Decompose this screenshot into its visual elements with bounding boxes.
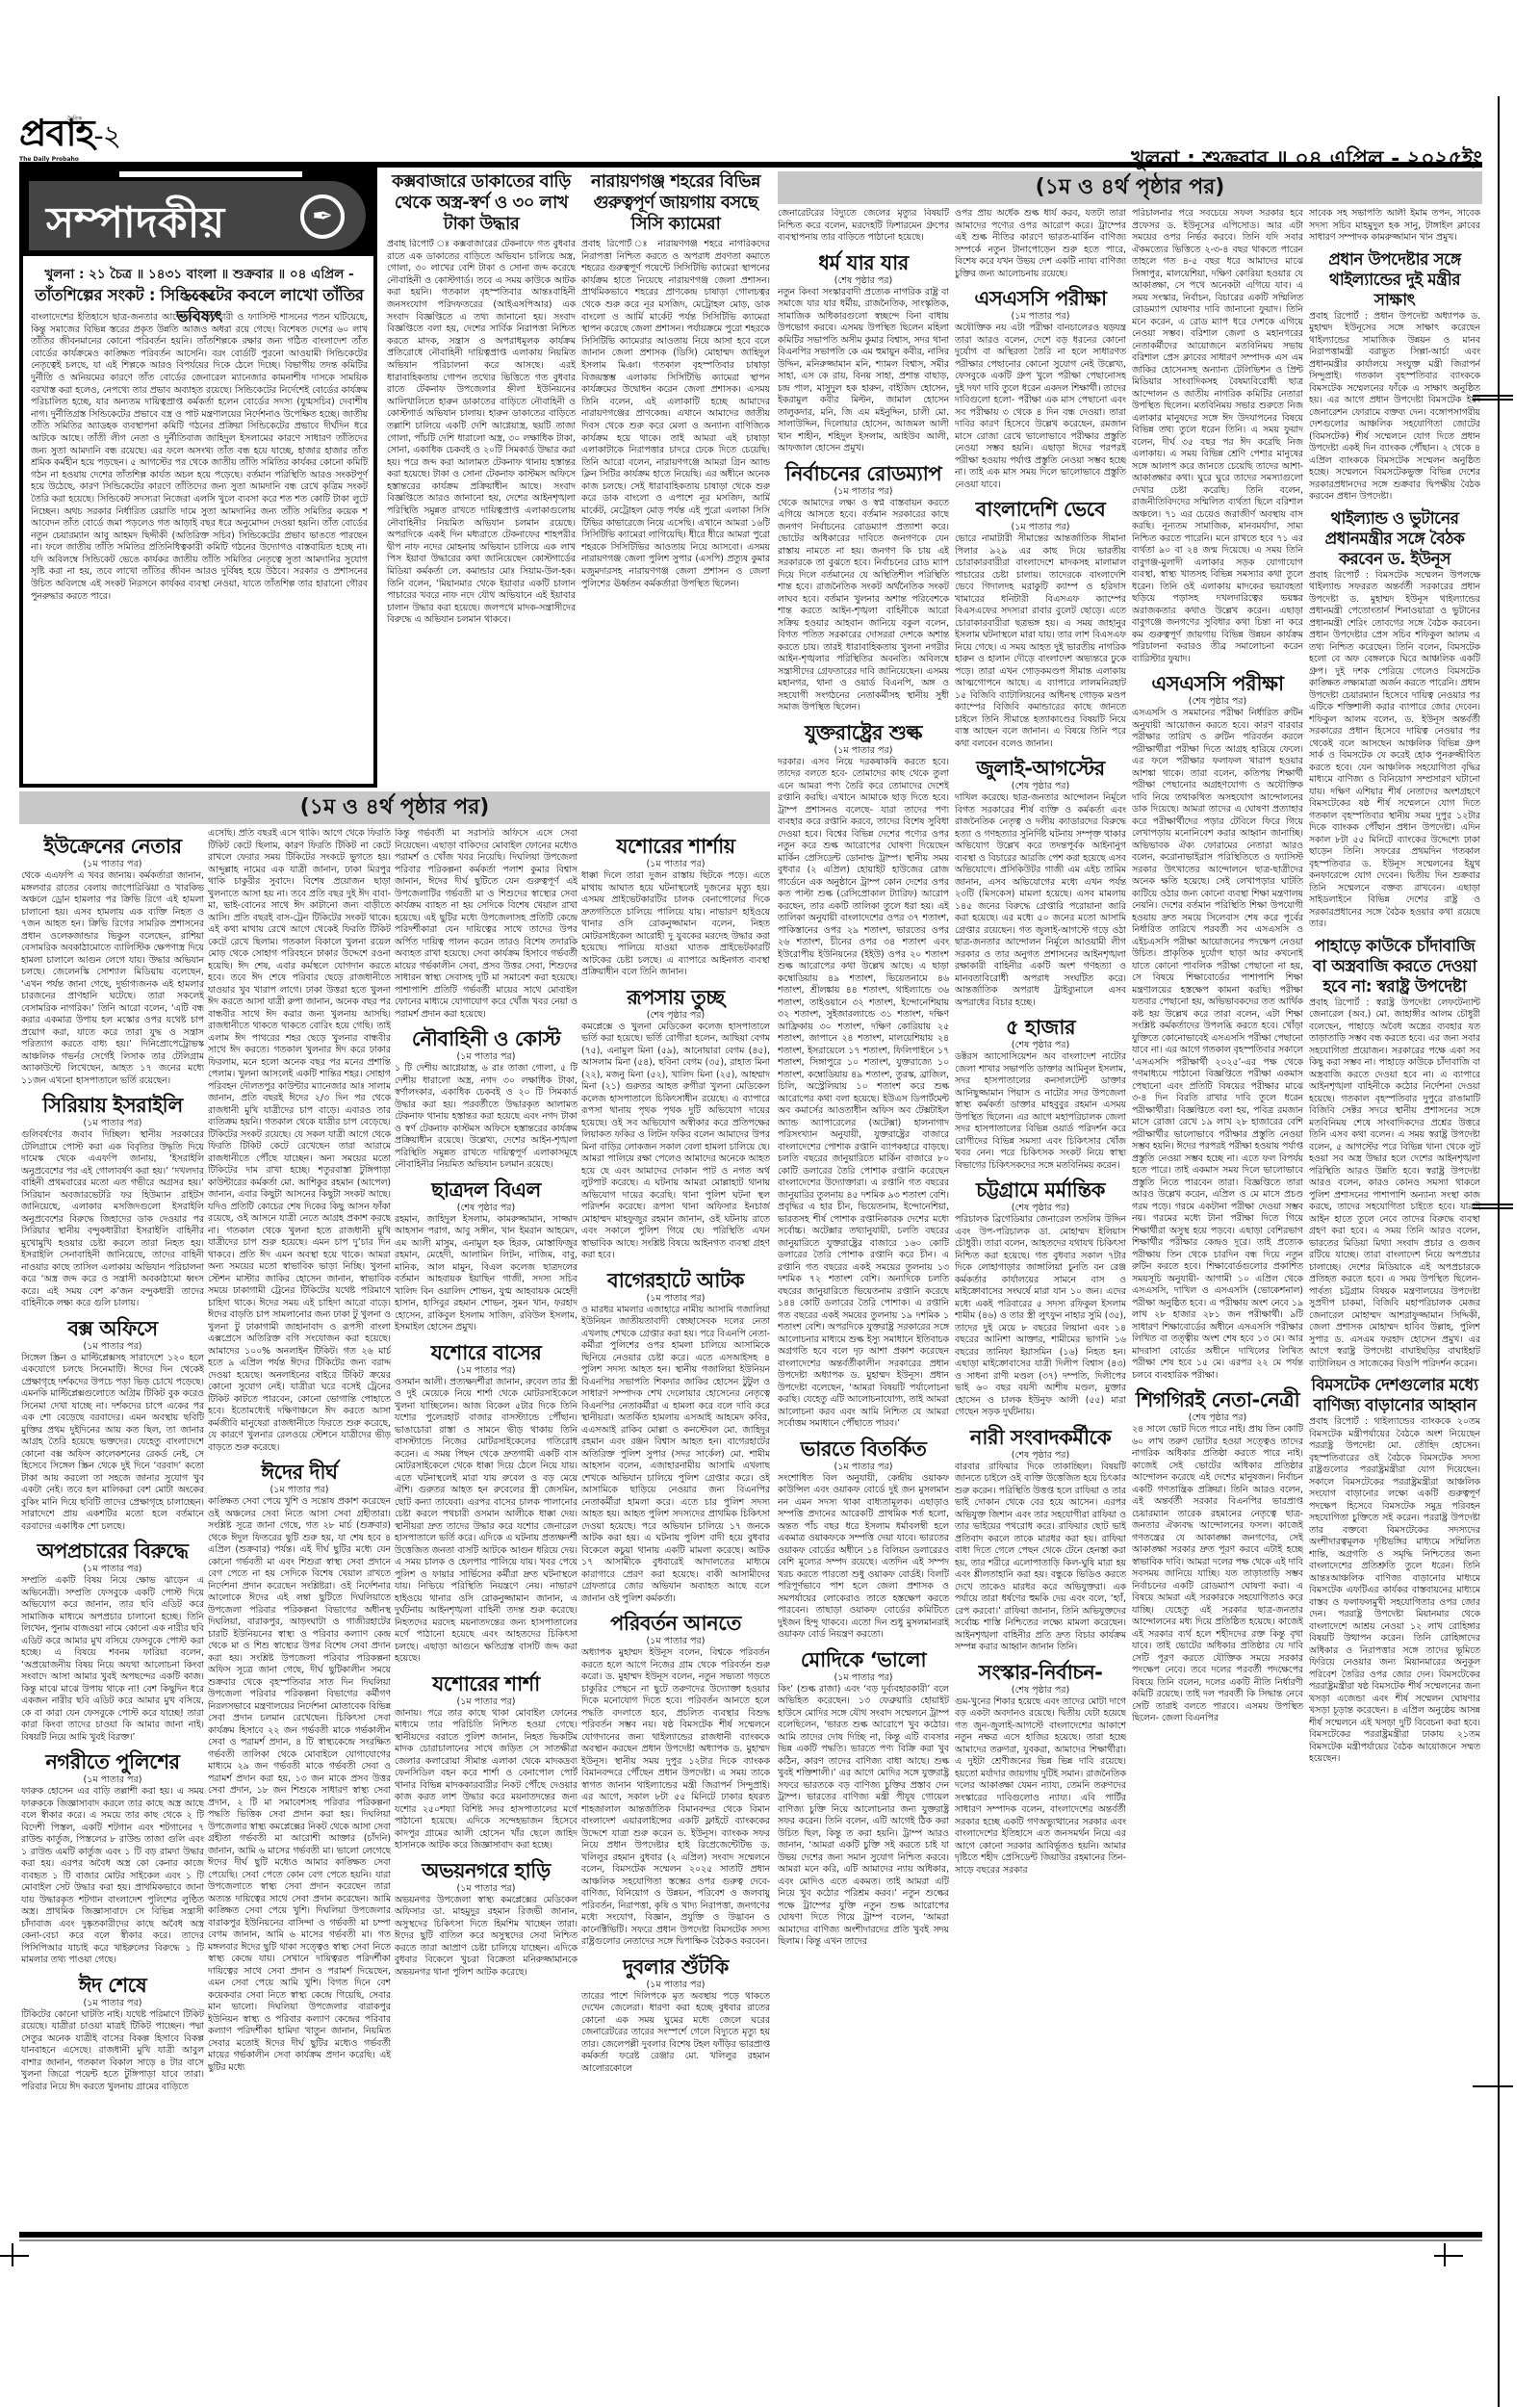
continuation-note: (শেষ পৃষ্ঠার পর) xyxy=(955,781,1126,792)
continuation-note: (১ম পাতার পর) xyxy=(395,1696,577,1708)
story-headline: ইউক্রেনের নেতার xyxy=(21,834,204,859)
pen-nib-icon: ✒ xyxy=(300,194,345,239)
story-body: প্রবাহ রিপোর্ট ঃ কক্সবাজারের টেকনাফে গত … xyxy=(387,239,576,807)
column-text: ১ টি দেশীয় আগ্নেয়াস্ত্র, ৬ রাঃ তাজা গো… xyxy=(395,1063,577,1172)
story-headline: নির্বাচনের রোডম্যাপ xyxy=(778,461,949,486)
column-text: সম্প্রতি একটি বিষয় নিয়ে ক্ষোভ ঝাড়েন এ… xyxy=(21,1575,204,1744)
column-text: রহমান, জাহিদুল ইসলাম, কামরুজ্জামান, সাজ্… xyxy=(395,1214,577,1334)
continuation-note: (১ম পাতার পর) xyxy=(581,1636,770,1647)
editorial-header: সম্পাদকীয় ✒ xyxy=(23,171,373,256)
header-strip xyxy=(119,171,302,177)
top-story: নারায়ণগঞ্জ শহরের বিভিন্ন গুরুত্বপূর্ণ জ… xyxy=(581,171,770,807)
continuation-note: (১ম পাতার পর) xyxy=(778,486,949,498)
story-headline: যশোরের শার্শা xyxy=(395,1671,577,1696)
story-headline: নারী সংবাদকর্মীকে xyxy=(955,1425,1126,1450)
story-headline: পাহাড়ে কাউকে চাঁদাবাজি বা অস্ত্রবাজি কর… xyxy=(1309,937,1480,997)
continuation-note: (১ম পাতার পর) xyxy=(778,1462,949,1473)
column-text: ভোরে নামাটারী সীমান্তের আন্তর্জাতিক সীমা… xyxy=(955,533,1126,750)
story-headline: চট্টগ্রামে মর্মান্তিক xyxy=(955,1178,1126,1203)
column-text: দাখিল করেছে। ছাত্র-জনতার আন্দোলন নির্মূল… xyxy=(955,792,1126,1009)
story-headline: নারায়ণগঞ্জ শহরের বিভিন্ন গুরুত্বপূর্ণ জ… xyxy=(581,171,770,235)
news-column: ওপর প্রায় অর্ধেক শুল্ক ধার্য করব, যতটা … xyxy=(955,208,1126,2228)
continuation-note: (১ম পাতার পর) xyxy=(581,1980,770,1991)
continuation-note: (১ম পাতার পর) xyxy=(21,1998,204,2009)
bottom-rule xyxy=(19,2232,1482,2238)
column-text: এসেছি। প্রতি বছরই এসে থাকি। আগে থেকে ফির… xyxy=(208,828,391,1454)
story-headline: বিমসটেক দেশগুলোর মধ্যে বাণিজ্য বাড়ানোর … xyxy=(1309,1376,1480,1416)
newspaper-logo: প্রবাহ-২ xyxy=(19,114,308,156)
continuation-note: (শেষ পৃষ্ঠার পর) xyxy=(395,1203,577,1214)
story-headline: এসএসসি পরীক্ষা xyxy=(955,286,1126,311)
continuation-note: (১ম পাতার পর) xyxy=(395,1883,577,1895)
continuation-band: (১ম ও ৪র্থ পৃষ্ঠার পর) xyxy=(19,791,770,824)
right-margin-rule xyxy=(1498,96,1500,2407)
story-headline: রূপসায় তুচ্ছ xyxy=(581,985,770,1010)
continuation-note: (১ম পাতার পর) xyxy=(955,522,1126,533)
continuation-note: (১ম পাতার পর) xyxy=(955,311,1126,323)
column-text: ও মারধর মামলার এজাহারে নামীয় আসামি গজাল… xyxy=(581,1305,770,1606)
column-text: অধ্যাপক মুহাম্মদ ইউনূস বলেন, বিশ্বকে পরি… xyxy=(581,1647,770,1949)
column-text: এসএসসি ও সমমানের পরীক্ষা নির্ধারিত রুটিন… xyxy=(1132,708,1303,1382)
column-text: থেকে এএফপি এ খবর জানায়। কর্মকর্তারা জান… xyxy=(21,870,204,1087)
story-headline: অপপ্রচারের বিরুদ্ধে xyxy=(21,1539,204,1564)
column-text: কিন্তু গর্ভবর্তী মা সরাসরি অফিসে এসে সেব… xyxy=(395,828,577,1021)
column-text: জানায়। পরে তার কাছে থাকা মোবাইল ফোনের ম… xyxy=(395,1708,577,1852)
column-text: দরকার। এসব নিয়ে দরকষাকষি করতে হবে। তাদে… xyxy=(778,757,949,1431)
news-column: ইউক্রেনের নেতার (১ম পাতার পর) থেকে এএফপি… xyxy=(21,828,204,2228)
story-headline: ঈদের দীর্ঘ xyxy=(208,1460,391,1485)
column-text: ২৪ সালে ভোট দিতে পারে নাই। প্রায় তিন কো… xyxy=(1132,1424,1303,1725)
continuation-note: (শেষ পৃষ্ঠার পর) xyxy=(955,1450,1126,1462)
crop-mark xyxy=(1444,2243,1446,2266)
column-text: প্রবাহ রিপোর্ট : থাইল্যান্ডের ব্যাংককে ২… xyxy=(1309,1416,1480,1766)
story-headline: বাংলাদেশি ভেবে xyxy=(955,497,1126,522)
continuation-note: (১ম পাতার পর) xyxy=(778,1672,949,1684)
column-text: কিং’ (শুল্ক রাজা) এবং ‘বড় দুর্ব্যবহারকা… xyxy=(778,1684,949,1949)
continuation-note: (১ম পাতার পর) xyxy=(778,745,949,757)
story-headline: ধর্ম যার যার xyxy=(778,250,949,275)
column-text: গুলিবর্ষণের জবাব দিচ্ছিল। স্থানীয় সরকার… xyxy=(21,1129,204,1310)
story-headline: যশোরের শার্শায় xyxy=(581,834,770,859)
story-headline: কক্সবাজারে ডাকাতের বাড়ি থেকে অস্ত্র-স্ব… xyxy=(387,171,576,235)
continuation-note: (শেষ পৃষ্ঠার পর) xyxy=(955,1040,1126,1051)
story-headline: নৌবাহিনী ও কোস্ট xyxy=(395,1026,577,1051)
column-text: ওসমান আলী। প্রত্যক্ষদর্শীরা জানান, রুবেল… xyxy=(395,1377,577,1666)
column-text: ধাক্কা দিলে তারা দুজন রাস্তায় ছিটকে পড়… xyxy=(581,870,770,979)
story-headline: নগরীতে পুলিশের xyxy=(21,1749,204,1774)
continuation-note: (শেষ পৃষ্ঠার পর) xyxy=(955,1203,1126,1214)
continuation-note: (শেষ পৃষ্ঠার পর) xyxy=(1132,1412,1303,1424)
continuation-note: (১ম পাতার পর) xyxy=(21,1564,204,1575)
editorial-banner: সম্পাদকীয় ✒ xyxy=(29,181,366,250)
masthead: দৈনিক প্রবাহ-২ The Daily Probaho xyxy=(19,114,308,167)
continuation-note: (১ম পাতার পর) xyxy=(395,1051,577,1063)
continuation-note: (১ম পাতার পর) xyxy=(21,1118,204,1129)
column-text: থেকে আমাদের লক্ষ্য ও স্বপ্ন বাস্তবায়ন ক… xyxy=(778,498,949,714)
continuation-note: (শেষ পৃষ্ঠার পর) xyxy=(955,1685,1126,1696)
story-headline: দুবলার শুঁটকি xyxy=(581,1954,770,1980)
news-column: এসেছি। প্রতি বছরই এসে থাকি। আগে থেকে ফির… xyxy=(208,828,391,2228)
news-column: যশোরের শার্শায় (১ম পাতার পর) ধাক্কা দিল… xyxy=(581,828,770,2228)
crop-mark xyxy=(12,2243,13,2266)
column-text: কাঙ্ক্ষিত সেবা পেয়ে খুশি ও সন্তোষ প্রকা… xyxy=(208,1496,391,2074)
column-text: অভয়নগর উপজেলা স্বাস্থ্য কমপ্লেক্সের মেড… xyxy=(395,1895,577,1980)
story-headline: ৫ হাজার xyxy=(955,1015,1126,1040)
story-headline: ছাত্রদল বিএল xyxy=(395,1178,577,1203)
continuation-band: (১ম ও ৪র্থ পৃষ্ঠার পর) xyxy=(778,171,1482,204)
continuation-note: (শেষ পৃষ্ঠার পর) xyxy=(778,275,949,287)
continuation-note: (১ম পাতার পর) xyxy=(395,1365,577,1377)
column-text: বারবার রাফিয়ার দিকে তাকাচ্ছিল। বিষয়টি … xyxy=(955,1462,1126,1654)
column-text: গুম-খুনের শিকার হয়েছে এবং তাদের মোটা দা… xyxy=(955,1696,1126,1877)
column-text: প্রবাহ রিপোর্ট : স্বরাষ্ট্র উপদেষ্টা লেফ… xyxy=(1309,997,1480,1371)
continuation-note: (শেষ পৃষ্ঠার পর) xyxy=(581,1010,770,1022)
logo-tagline: দৈনিক xyxy=(67,114,82,124)
column-text: ফারুক হোসেন এর বাড়ি তল্লাশী করা হয়। এ … xyxy=(21,1786,204,1967)
column-text: পরিচালনার পরে সবচেয়ে সফল সরকার হবে প্রফ… xyxy=(1132,208,1303,665)
continuation-note: (১ম পাতার পর) xyxy=(581,1293,770,1305)
news-column: জেনারেটরের বিদ্যুতে জেলের মৃত্যুর বিষয়ট… xyxy=(778,208,949,2228)
logo-text: প্রবাহ xyxy=(19,111,94,154)
column-text: টিকিটের কোনো ঘাটতি নাই। যথেষ্ট পরিমাণে ট… xyxy=(21,2009,204,2094)
crop-mark xyxy=(0,2255,29,2257)
story-headline: এসএসসি পরীক্ষা xyxy=(1132,671,1303,696)
story-headline: ঈদ শেষে xyxy=(21,1973,204,1998)
page-number: -২ xyxy=(94,119,121,153)
column-text: সাবেক সহ সভাপতি আলী ইমাম তপন, সাবেক সদস্… xyxy=(1309,208,1480,245)
continuation-note: (১ম পাতার পর) xyxy=(21,1341,204,1353)
story-headline: জুলাই-আগস্টের xyxy=(955,756,1126,781)
story-headline: প্রধান উপদেষ্টার সঙ্গে থাইল্যান্ডের দুই … xyxy=(1309,250,1480,311)
story-headline: অভয়নগরে হাড়ি xyxy=(395,1858,577,1883)
story-headline: যশোরে বাসের xyxy=(395,1340,577,1365)
column-text: ওপর প্রায় অর্ধেক শুল্ক ধার্য করব, যতটা … xyxy=(955,208,1126,280)
column-text: অযৌক্তিক নয় এটা পরীক্ষা বানচালেরও ষড়যন… xyxy=(955,323,1126,491)
column-text: তারের পাশে দিলিপকে মৃত অবস্থায় পড়ে থাক… xyxy=(581,1991,770,2076)
column-text: পরিচালক ব্রিগেডিয়ার জেনারেল তসলিম উদ্দি… xyxy=(955,1214,1126,1419)
column-text: প্রবাহ রিপোর্ট : প্রধান উপদেষ্টা অধ্যাপক… xyxy=(1309,311,1480,504)
continuation-note: (১ম পাতার পর) xyxy=(208,1485,391,1496)
column-text: জেনারেটরের বিদ্যুতে জেলের মৃত্যুর বিষয়ট… xyxy=(778,208,949,245)
column-text: কমপ্লেক্সে ও খুলনা মেডিকেল কলেজ হাসপাতাল… xyxy=(581,1022,770,1262)
continuation-note: (১ম পাতার পর) xyxy=(21,859,204,870)
bottom-rule-thin xyxy=(19,2239,1482,2241)
story-headline: পরিবর্তন আনতে xyxy=(581,1611,770,1636)
column-text: নতুন কিংবা সংস্কারবাদী প্রত্যেক নাগরিক র… xyxy=(778,287,949,455)
story-headline: সিরিয়ায় ইসরাইলি xyxy=(21,1093,204,1118)
column-text: সংশোধিত বিল অনুযায়ী, কেন্দ্রীয় ওয়াকফ … xyxy=(778,1473,949,1642)
story-headline: বাগেরহাটে আটক xyxy=(581,1268,770,1293)
crop-mark xyxy=(1434,2255,1463,2257)
story-body: প্রবাহ রিপোর্ট ঃ নারায়ণগঞ্জ শহরে নাগরিক… xyxy=(581,239,770,807)
top-story: কক্সবাজারে ডাকাতের বাড়ি থেকে অস্ত্র-স্ব… xyxy=(387,171,576,807)
news-column: সাবেক সহ সভাপতি আলী ইমাম তপন, সাবেক সদস্… xyxy=(1309,208,1480,2228)
news-column: পরিচালনার পরে সবচেয়ে সফল সরকার হবে প্রফ… xyxy=(1132,208,1303,2228)
story-headline: ভারতে বিতর্কিত xyxy=(778,1436,949,1462)
editorial-box: সম্পাদকীয় ✒ খুলনা : ২১ চৈত্র ॥ ১৪৩১ বাং… xyxy=(19,168,377,788)
continuation-note: (১ম পাতার পর) xyxy=(21,1774,204,1786)
editorial-body: বাংলাদেশের ইতিহাসে ছাত্র-জনতার আন্দোলন স… xyxy=(31,312,368,603)
column-text: প্রবাহ রিপোর্ট : বিমসটেক সম্মেলন উপলক্ষে… xyxy=(1309,570,1480,931)
newspaper-page: দৈনিক প্রবাহ-২ The Daily Probaho খুলনা :… xyxy=(0,0,1540,2407)
column-text: ডক্টরস অ্যাসোসিয়েশন অব বাংলাদেশ নাটোর জ… xyxy=(955,1051,1126,1172)
story-headline: বক্স অফিসে xyxy=(21,1316,204,1341)
column-text: সিঙ্গেল স্ক্রিন ও মাল্টিপ্লেক্সসহ সারাদে… xyxy=(21,1353,204,1534)
story-headline: শিগগিরই নেতা-নেত্রী xyxy=(1132,1387,1303,1412)
story-headline: যুক্তরাষ্ট্রের শুল্ক xyxy=(778,720,949,745)
editorial-title: সম্পাদকীয় xyxy=(46,191,224,256)
story-headline: মোদিকে ‘ভালো xyxy=(778,1647,949,1672)
story-headline: সংস্কার-নির্বাচন- xyxy=(955,1660,1126,1685)
continuation-note: (শেষ পৃষ্ঠার পর) xyxy=(1132,696,1303,708)
news-column: কিন্তু গর্ভবর্তী মা সরাসরি অফিসে এসে সেব… xyxy=(395,828,577,2228)
story-headline: থাইল্যান্ড ও ভুটানের প্রধানমন্ত্রীর সঙ্গ… xyxy=(1309,509,1480,570)
continuation-note: (১ম পাতার পর) xyxy=(581,859,770,870)
